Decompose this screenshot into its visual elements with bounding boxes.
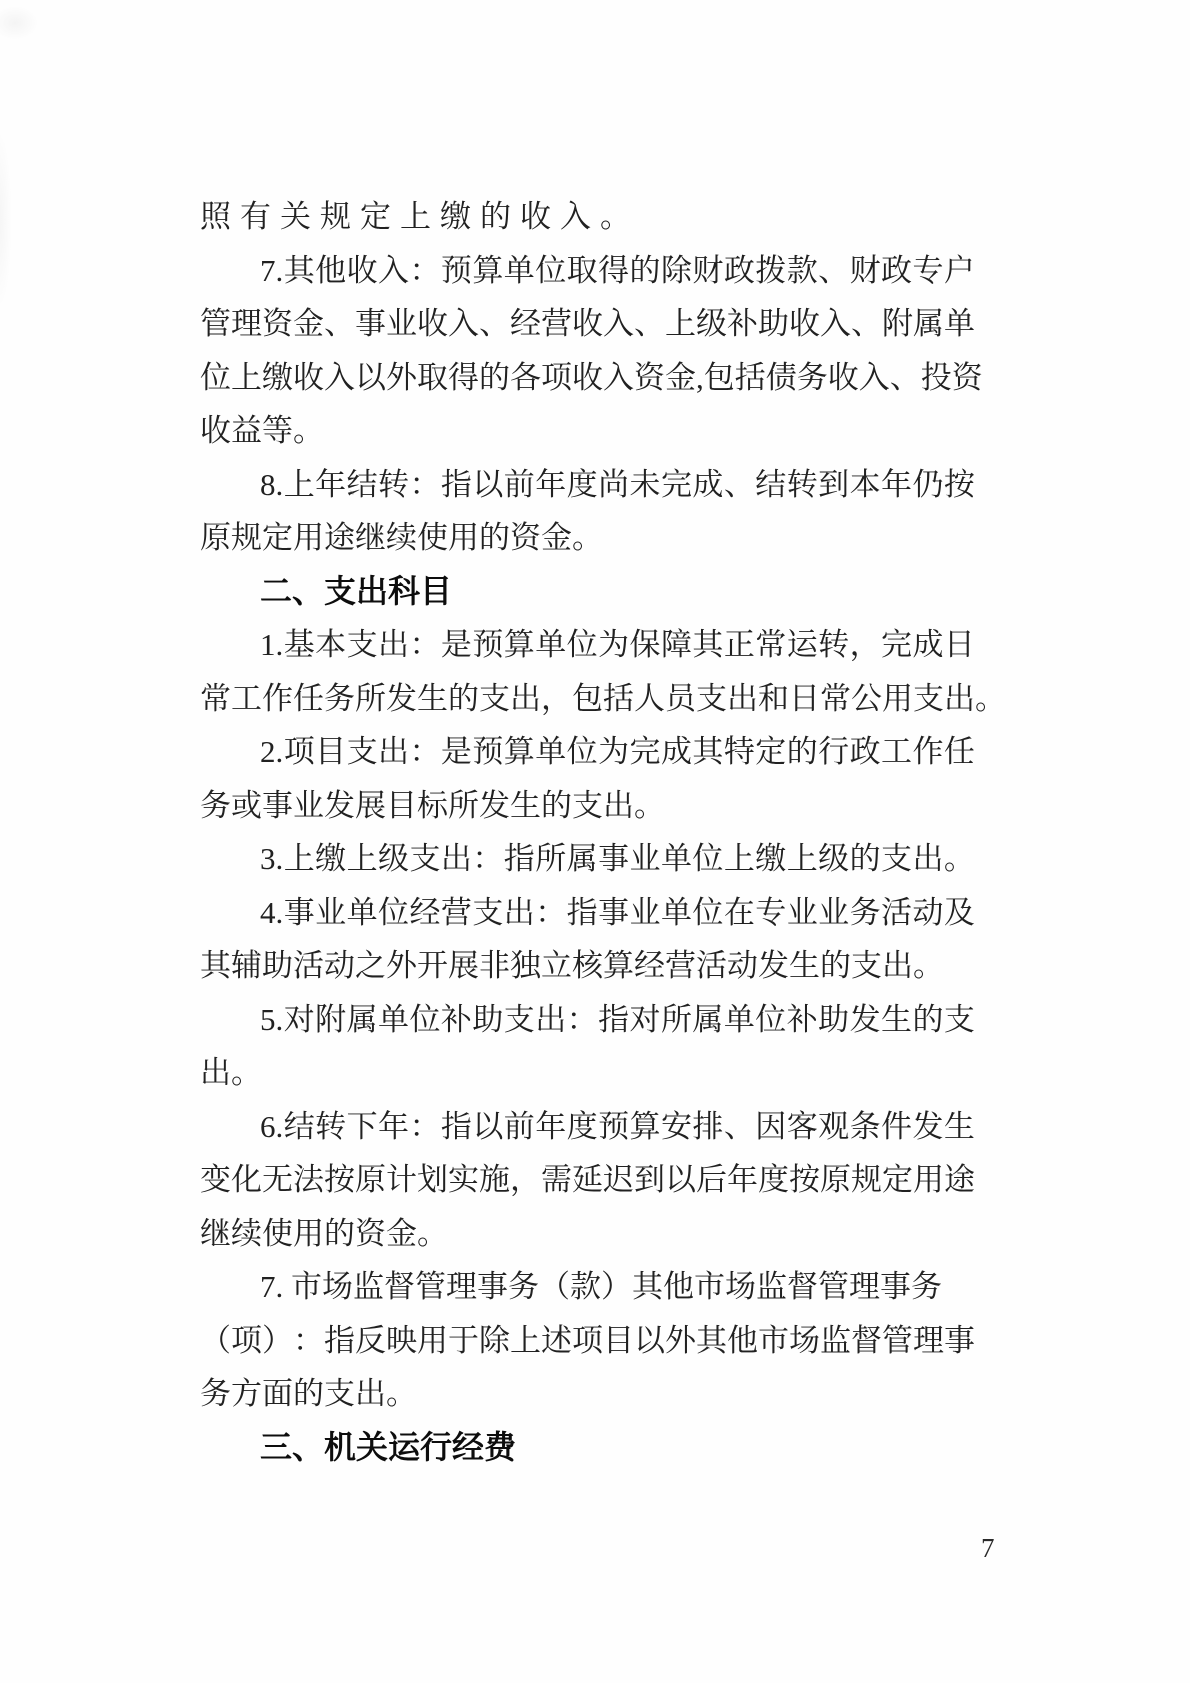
text-line: 6.结转下年：指以前年度预算安排、因客观条件发生 [200, 1100, 975, 1154]
text-line: 1.基本支出：是预算单位为保障其正常运转，完成日 [200, 618, 975, 672]
text-line: 7. 市场监督管理事务（款）其他市场监督管理事务 [200, 1260, 975, 1314]
text-line: 收益等。 [200, 404, 975, 458]
section-heading: 三、机关运行经费 [200, 1421, 975, 1475]
text-line: 原规定用途继续使用的资金。 [200, 511, 975, 565]
text-line: 4.事业单位经营支出：指事业单位在专业业务活动及 [200, 886, 975, 940]
text-line: 务或事业发展目标所发生的支出。 [200, 779, 975, 833]
page-number: 7 [981, 1528, 995, 1568]
text-block: 照有关规定上缴的收入。7.其他收入：预算单位取得的除财政拨款、财政专户管理资金、… [200, 190, 975, 1474]
text-line: 照有关规定上缴的收入。 [200, 190, 975, 244]
text-line: 7.其他收入：预算单位取得的除财政拨款、财政专户 [200, 244, 975, 298]
scan-smudge [0, 6, 38, 40]
text-line: 变化无法按原计划实施，需延迟到以后年度按原规定用途 [200, 1153, 975, 1207]
scan-smudge [0, 130, 12, 310]
text-line: 3.上缴上级支出：指所属事业单位上缴上级的支出。 [200, 832, 975, 886]
text-line: 继续使用的资金。 [200, 1207, 975, 1261]
section-heading: 二、支出科目 [200, 565, 975, 619]
text-line: 出。 [200, 1046, 975, 1100]
text-line: 2.项目支出：是预算单位为完成其特定的行政工作任 [200, 725, 975, 779]
text-line: 务方面的支出。 [200, 1367, 975, 1421]
scan-speck: 、 [349, 481, 365, 497]
text-line: （项）：指反映用于除上述项目以外其他市场监督管理事 [200, 1314, 975, 1368]
text-line: 常工作任务所发生的支出，包括人员支出和日常公用支出。 [200, 672, 975, 726]
document-page: 照有关规定上缴的收入。7.其他收入：预算单位取得的除财政拨款、财政专户管理资金、… [0, 0, 1190, 1683]
text-line: 位上缴收入以外取得的各项收入资金,包括债务收入、投资 [200, 351, 975, 405]
text-line: 其辅助活动之外开展非独立核算经营活动发生的支出。 [200, 939, 975, 993]
text-line: 5.对附属单位补助支出：指对所属单位补助发生的支 [200, 993, 975, 1047]
text-line: 8.上年结转：指以前年度尚未完成、结转到本年仍按 [200, 458, 975, 512]
text-line: 管理资金、事业收入、经营收入、上级补助收入、附属单 [200, 297, 975, 351]
